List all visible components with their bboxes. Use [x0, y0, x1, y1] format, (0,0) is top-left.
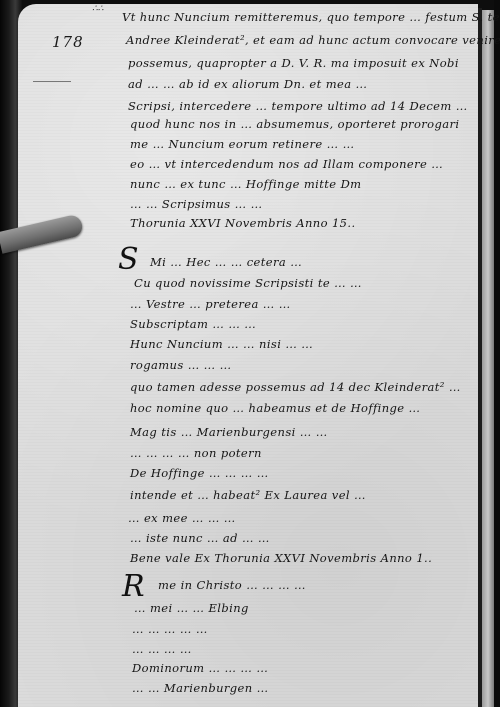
text-line: Vt hunc Nuncium remitteremus, quo tempor… [122, 10, 500, 24]
top-ink-mark: ∴∴ [92, 4, 103, 14]
text-line: possemus, quapropter a D. V. R. ma impos… [128, 56, 459, 70]
text-line: hoc nomine quo … habeamus et de Hoffinge… [130, 401, 420, 415]
text-line: Mag tis … Marienburgensi … … [130, 425, 328, 439]
text-line: … mei … … Elbing [134, 601, 249, 615]
text-line: Andree Kleinderat², et eam ad hunc actum… [126, 33, 500, 47]
text-line: me in Christo … … … … [158, 578, 306, 592]
margin-dash [33, 81, 71, 82]
date-line: Thorunia XXVI Novembris Anno 15.. [130, 216, 356, 230]
text-line: … … … … [132, 642, 192, 656]
text-line: me … Nuncium eorum retinere … … [130, 137, 355, 151]
text-line: … Vestre … preterea … … [130, 297, 291, 311]
text-line: quod hunc nos in … absumemus, oporteret … [130, 117, 459, 131]
text-line: quo tamen adesse possemus ad 14 dec Klei… [130, 380, 461, 394]
text-line: Mi … Hec … … cetera … [150, 255, 302, 269]
initial-letter: S [118, 245, 139, 275]
text-line: Scripsi, intercedere … tempore ultimo ad… [128, 99, 468, 113]
text-line: rogamus … … … [130, 358, 232, 372]
binding-right [494, 0, 500, 707]
text-line: … iste nunc … ad … … [130, 531, 270, 545]
initial-letter: R [122, 572, 145, 602]
text-line: De Hoffinge … … … … [130, 466, 269, 480]
folio-number: 178 [52, 33, 84, 51]
text-line: intende et … habeat² Ex Laurea vel … [130, 488, 366, 502]
text-line: … ex mee … … … [128, 511, 236, 525]
text-line: eo … vt intercedendum nos ad Illam compo… [130, 157, 443, 171]
text-line: Dominorum … … … … [132, 661, 268, 675]
text-line: nunc … ex tunc … Hoffinge mitte Dm [130, 177, 362, 191]
text-line: … … Marienburgen … [132, 681, 269, 695]
text-line: Hunc Nuncium … … nisi … … [130, 337, 313, 351]
text-line: … … … … … [132, 622, 208, 636]
text-line: ad … … ab id ex aliorum Dn. et mea … [128, 77, 367, 91]
text-line: … … Scripsimus … … [130, 197, 262, 211]
text-line: Cu quod novissime Scripsisti te … … [134, 276, 362, 290]
text-line: Subscriptam … … … [130, 317, 256, 331]
next-page-edge [482, 10, 494, 707]
date-line: Bene vale Ex Thorunia XXVI Novembris Ann… [130, 551, 432, 565]
text-line: … … … … non potern [130, 446, 262, 460]
